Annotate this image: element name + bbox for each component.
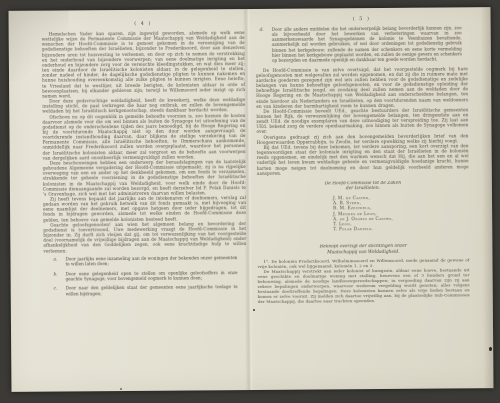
page-right: ( 5 ) d.Door alle andere middelen die he…: [256, 15, 470, 304]
list-item-text: Door alle andere middelen die het onderw…: [272, 25, 462, 62]
paragraph: De Hoofd-Commissie beveelt UEd., geachte…: [256, 107, 468, 134]
signature-heading-line2: der Israëlieten.: [257, 186, 469, 193]
paper-edge-shading: [480, 7, 493, 388]
paragraph: Hemelschen Vader kan sparen, zijn ingewi…: [42, 30, 246, 99]
paragraph: Deze beschouwingen hebben een onderwerp …: [43, 159, 246, 197]
section-heading-line2: Maatschappij van Weldadigheid.: [257, 249, 469, 256]
list-item: c.Door naar den geldelijken staat der ge…: [66, 284, 238, 296]
paragraph: Geachte geloofsgenooten! aan wien het al…: [43, 221, 246, 254]
footnote-paragraph: De Maatschappij verstrekt aan ieder kolo…: [258, 268, 470, 304]
list-item-marker: b.: [54, 271, 58, 276]
list-item-marker: d.: [260, 27, 264, 32]
right-page-lettered-list: d.Door alle andere middelen die het onde…: [256, 25, 468, 63]
list-item: a.Door jaarlijks eene inzameling aan de …: [65, 255, 237, 267]
page-left: ( 4 ) Hemelschen Vader kan sparen, zijn …: [42, 20, 247, 301]
list-item-text: Door naar den geldelijken staat der geme…: [66, 284, 238, 296]
page-number-right: ( 5 ): [256, 15, 468, 23]
paragraph: Zij heeft tevens bepaald dat jaarlijks a…: [43, 195, 246, 222]
paragraph: Ofschoon nu op dit oogenblik in gemelde …: [42, 113, 245, 161]
signature-block: De Hoofd-Commissie tot de Zaken der Isra…: [257, 180, 469, 235]
page-number-left: ( 4 ): [42, 20, 245, 28]
ink-speck: [253, 309, 255, 311]
footnote-block: 1°. De koloniën Frederiksoord, Wilhelmin…: [257, 259, 469, 305]
list-item-text: Door jaarlijks eene inzameling aan de wo…: [65, 255, 237, 267]
signature-names-list: J. M. de Castro,A. B. Stern,B. M. Ezechi…: [333, 195, 393, 233]
list-item: d.Door alle andere middelen die het onde…: [272, 25, 462, 63]
left-page-body-text: Hemelschen Vader kan sparen, zijn ingewi…: [42, 30, 247, 253]
list-item-marker: c.: [54, 286, 58, 291]
ink-speck: [489, 347, 492, 351]
scanned-document-photo: { "document": { "colors": { "background"…: [0, 0, 500, 403]
signature-name: T. Polak Daniels.: [333, 226, 393, 232]
left-page-lettered-list: a.Door jaarlijks eene inzameling aan de …: [43, 255, 246, 297]
section-heading: Beknopt overzigt der stichtingen onzer M…: [257, 244, 469, 256]
paragraph: Bij dat UEd. tevens bij deze bekomen, te…: [257, 143, 469, 176]
list-item: b.Door eene gelegenheid open te stellen …: [66, 270, 238, 282]
ink-speck: [120, 388, 122, 390]
paragraph: De Hoofd-Commissie is van zelve overtuig…: [256, 66, 468, 109]
right-page-body-text: De Hoofd-Commissie is van zelve overtuig…: [256, 66, 469, 176]
paragraph: Door deze godsvruchtige weldadigheid, he…: [42, 97, 245, 114]
list-item-text: Door eene gelegenheid open te stellen om…: [66, 270, 238, 282]
list-item-marker: a.: [53, 256, 57, 261]
scanned-paper-sheet: ( 4 ) Hemelschen Vader kan sparen, zijn …: [9, 7, 494, 392]
